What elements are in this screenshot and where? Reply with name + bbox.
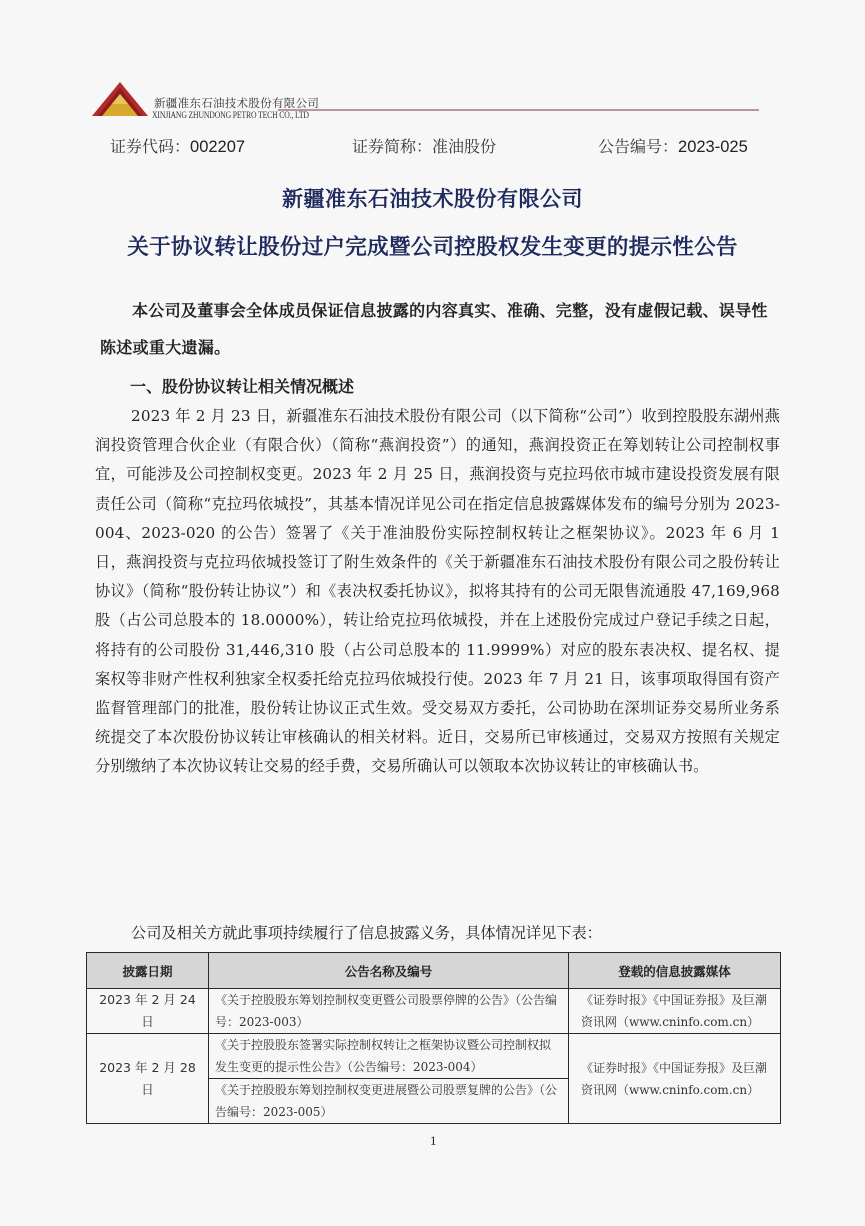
page-number: 1: [430, 1133, 437, 1149]
disclosure-date: 2023 年 2 月 28 日: [87, 1034, 209, 1124]
disclosure-table: 披露日期 公告名称及编号 登载的信息披露媒体 2023 年 2 月 24 日 《…: [86, 952, 781, 1124]
section-paragraph: 2023 年 2 月 23 日，新疆准东石油技术股份有限公司（以下简称“公司”）…: [95, 402, 780, 782]
column-header-notice: 公告名称及编号: [209, 953, 569, 989]
table-row: 2023 年 2 月 24 日 《关于控股股东筹划控制权变更暨公司股票停牌的公告…: [87, 989, 781, 1034]
company-logo-icon: [92, 82, 148, 120]
announcement-number-label: 公告编号：: [598, 137, 678, 156]
stock-code: 证券代码：002207: [110, 134, 245, 157]
notice-title: 《关于控股股东筹划控制权变更进展暨公司股票复牌的公告》（公告编号：2023-00…: [209, 1079, 569, 1124]
notice-title: 《关于控股股东筹划控制权变更暨公司股票停牌的公告》（公告编号：2023-003）: [209, 989, 569, 1034]
table-intro-paragraph: 公司及相关方就此事项持续履行了信息披露义务，具体情况详见下表：: [95, 919, 780, 948]
stock-code-value: 002207: [190, 138, 245, 156]
section-heading: 一、股份协议转让相关情况概述: [130, 374, 354, 397]
announcement-number: 公告编号：2023-025: [598, 134, 748, 157]
table-header-row: 披露日期 公告名称及编号 登载的信息披露媒体: [87, 953, 781, 989]
disclosure-media: 《证券时报》《中国证券报》及巨潮资讯网（www.cninfo.com.cn）: [569, 1034, 781, 1124]
column-header-media: 登载的信息披露媒体: [569, 953, 781, 989]
stock-short-name: 证券简称：准油股份: [352, 134, 496, 157]
document-title-company: 新疆准东石油技术股份有限公司: [0, 183, 865, 213]
stock-code-label: 证券代码：: [110, 137, 190, 156]
table-row: 2023 年 2 月 28 日 《关于控股股东签署实际控制权转让之框架协议暨公司…: [87, 1034, 781, 1079]
disclosure-date: 2023 年 2 月 24 日: [87, 989, 209, 1034]
document-title-subject: 关于协议转让股份过户完成暨公司控股权发生变更的提示性公告: [0, 230, 865, 261]
document-page: 新疆准东石油技术股份有限公司 XINJIANG ZHUNDONG PETRO T…: [0, 0, 865, 1226]
stock-short-label: 证券简称：: [352, 137, 432, 156]
column-header-date: 披露日期: [87, 953, 209, 989]
disclosure-media: 《证券时报》《中国证券报》及巨潮资讯网（www.cninfo.com.cn）: [569, 989, 781, 1034]
board-statement: 本公司及董事会全体成员保证信息披露的内容真实、准确、完整，没有虚假记载、误导性陈…: [100, 292, 770, 366]
notice-title: 《关于控股股东签署实际控制权转让之框架协议暨公司控制权拟发生变更的提示性公告》（…: [209, 1034, 569, 1079]
stock-short-value: 准油股份: [432, 137, 496, 156]
letterhead-company-en: XINJIANG ZHUNDONG PETRO TECH CO., LTD: [152, 110, 309, 120]
letterhead-rule: [278, 109, 759, 111]
announcement-number-value: 2023-025: [678, 138, 748, 156]
